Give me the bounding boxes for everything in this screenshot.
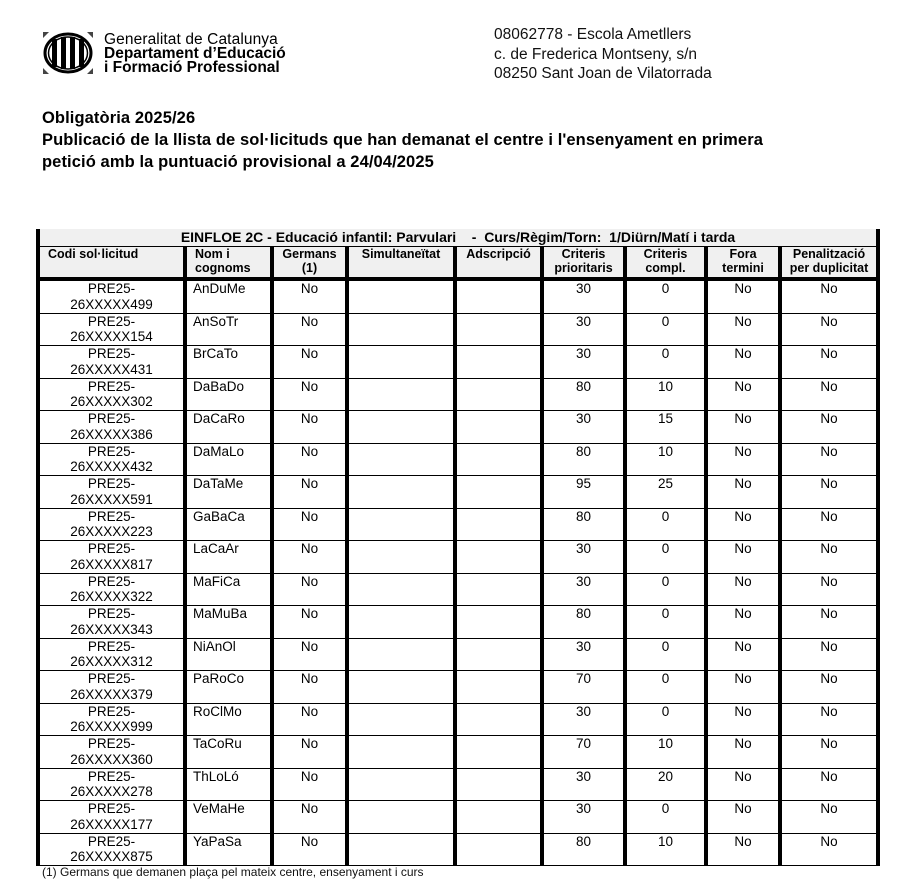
cell-codi-solicitud: PRE25-26XXXXX302 <box>38 378 185 411</box>
table-row: PRE25-26XXXXX432DaMaLoNo8010NoNo <box>38 443 878 476</box>
cell-penalitzacio: No <box>780 443 878 476</box>
cell-criteris-prioritaris: 80 <box>542 508 625 541</box>
cell-adscripcio <box>455 703 542 736</box>
table-row: PRE25-26XXXXX591DaTaMeNo9525NoNo <box>38 476 878 509</box>
cell-germans: No <box>272 736 347 769</box>
cell-criteris-compl: 0 <box>625 313 706 346</box>
code-suffix: 26XXXXX177 <box>40 817 183 833</box>
cell-codi-solicitud: PRE25-26XXXXX386 <box>38 411 185 444</box>
cell-penalitzacio: No <box>780 411 878 444</box>
cell-codi-solicitud: PRE25-26XXXXX223 <box>38 508 185 541</box>
cell-codi-solicitud: PRE25-26XXXXX322 <box>38 573 185 606</box>
school-street: c. de Frederica Montseny, s/n <box>494 45 712 65</box>
table-row: PRE25-26XXXXX379PaRoCoNo700NoNo <box>38 671 878 704</box>
code-suffix: 26XXXXX343 <box>40 622 183 638</box>
cell-penalitzacio: No <box>780 736 878 769</box>
cell-nom-cognoms: NiAnOl <box>185 638 272 671</box>
cell-penalitzacio: No <box>780 279 878 313</box>
cell-adscripcio <box>455 313 542 346</box>
code-suffix: 26XXXXX817 <box>40 557 183 573</box>
cell-fora-termini: No <box>706 703 780 736</box>
table-row: PRE25-26XXXXX223GaBaCaNo800NoNo <box>38 508 878 541</box>
cell-adscripcio <box>455 736 542 769</box>
code-prefix: PRE25- <box>40 444 183 460</box>
code-suffix: 26XXXXX875 <box>40 849 183 865</box>
column-header-codi-solicitud: Codi sol·licitud <box>38 247 185 280</box>
cell-fora-termini: No <box>706 378 780 411</box>
cell-fora-termini: No <box>706 768 780 801</box>
table-row: PRE25-26XXXXX817LaCaArNo300NoNo <box>38 541 878 574</box>
code-prefix: PRE25- <box>40 671 183 687</box>
cell-codi-solicitud: PRE25-26XXXXX999 <box>38 703 185 736</box>
column-header-line-2: per duplicitat <box>782 261 876 275</box>
cell-germans: No <box>272 443 347 476</box>
column-header-line-2: termini <box>708 261 778 275</box>
cell-germans: No <box>272 378 347 411</box>
cell-adscripcio <box>455 279 542 313</box>
cell-germans: No <box>272 476 347 509</box>
code-suffix: 26XXXXX432 <box>40 459 183 475</box>
cell-nom-cognoms: AnDuMe <box>185 279 272 313</box>
table-row: PRE25-26XXXXX154AnSoTrNo300NoNo <box>38 313 878 346</box>
table-row: PRE25-26XXXXX999RoClMoNo300NoNo <box>38 703 878 736</box>
cell-nom-cognoms: RoClMo <box>185 703 272 736</box>
cell-simultaneitat <box>347 346 455 379</box>
column-header-line-1: Nom i <box>195 247 270 261</box>
cell-adscripcio <box>455 833 542 866</box>
cell-germans: No <box>272 606 347 639</box>
column-header-line-1: Criteris <box>627 247 704 261</box>
cell-criteris-prioritaris: 30 <box>542 541 625 574</box>
organization-name: Generalitat de Catalunya Departament d’E… <box>104 33 286 75</box>
cell-criteris-compl: 0 <box>625 801 706 834</box>
cell-adscripcio <box>455 508 542 541</box>
table-row: PRE25-26XXXXX322MaFiCaNo300NoNo <box>38 573 878 606</box>
cell-simultaneitat <box>347 638 455 671</box>
cell-simultaneitat <box>347 768 455 801</box>
cell-criteris-prioritaris: 30 <box>542 801 625 834</box>
cell-nom-cognoms: DaTaMe <box>185 476 272 509</box>
cell-germans: No <box>272 313 347 346</box>
cell-criteris-prioritaris: 80 <box>542 606 625 639</box>
column-header-line-2: cognoms <box>195 261 270 275</box>
cell-penalitzacio: No <box>780 768 878 801</box>
column-header-line-1: Criteris <box>544 247 623 261</box>
cell-criteris-compl: 0 <box>625 346 706 379</box>
cell-criteris-prioritaris: 70 <box>542 736 625 769</box>
cell-adscripcio <box>455 801 542 834</box>
cell-adscripcio <box>455 378 542 411</box>
code-prefix: PRE25- <box>40 639 183 655</box>
code-prefix: PRE25- <box>40 379 183 395</box>
cell-criteris-compl: 10 <box>625 736 706 769</box>
cell-nom-cognoms: AnSoTr <box>185 313 272 346</box>
code-prefix: PRE25- <box>40 346 183 362</box>
title-year: Obligatòria 2025/26 <box>42 107 763 129</box>
cell-codi-solicitud: PRE25-26XXXXX177 <box>38 801 185 834</box>
cell-fora-termini: No <box>706 346 780 379</box>
cell-codi-solicitud: PRE25-26XXXXX154 <box>38 313 185 346</box>
cell-codi-solicitud: PRE25-26XXXXX817 <box>38 541 185 574</box>
cell-penalitzacio: No <box>780 671 878 704</box>
cell-fora-termini: No <box>706 279 780 313</box>
cell-codi-solicitud: PRE25-26XXXXX499 <box>38 279 185 313</box>
column-header-line-2: prioritaris <box>544 261 623 275</box>
cell-codi-solicitud: PRE25-26XXXXX343 <box>38 606 185 639</box>
cell-criteris-compl: 0 <box>625 573 706 606</box>
cell-criteris-prioritaris: 95 <box>542 476 625 509</box>
cell-nom-cognoms: TaCoRu <box>185 736 272 769</box>
column-header-adscripcio: Adscripció <box>455 247 542 280</box>
table-row: PRE25-26XXXXX875YaPaSaNo8010NoNo <box>38 833 878 866</box>
code-prefix: PRE25- <box>40 281 183 297</box>
cell-nom-cognoms: PaRoCo <box>185 671 272 704</box>
column-header-line-1: Fora <box>708 247 778 261</box>
generalitat-logo-icon <box>43 32 93 74</box>
code-prefix: PRE25- <box>40 769 183 785</box>
cell-criteris-prioritaris: 70 <box>542 671 625 704</box>
cell-nom-cognoms: YaPaSa <box>185 833 272 866</box>
cell-germans: No <box>272 703 347 736</box>
cell-fora-termini: No <box>706 508 780 541</box>
table-header-row: Codi sol·licitudNom icognomsGermans(1)Si… <box>38 247 878 280</box>
column-header-simultaneitat: Simultaneïtat <box>347 247 455 280</box>
cell-adscripcio <box>455 443 542 476</box>
cell-penalitzacio: No <box>780 638 878 671</box>
cell-fora-termini: No <box>706 671 780 704</box>
cell-adscripcio <box>455 541 542 574</box>
cell-criteris-prioritaris: 80 <box>542 443 625 476</box>
code-suffix: 26XXXXX322 <box>40 589 183 605</box>
cell-criteris-prioritaris: 30 <box>542 768 625 801</box>
cell-fora-termini: No <box>706 606 780 639</box>
cell-penalitzacio: No <box>780 508 878 541</box>
code-suffix: 26XXXXX302 <box>40 394 183 410</box>
cell-germans: No <box>272 833 347 866</box>
cell-penalitzacio: No <box>780 801 878 834</box>
cell-fora-termini: No <box>706 476 780 509</box>
table-row: PRE25-26XXXXX278ThLoLóNo3020NoNo <box>38 768 878 801</box>
cell-nom-cognoms: VeMaHe <box>185 801 272 834</box>
cell-germans: No <box>272 638 347 671</box>
title-description-1: Publicació de la llista de sol·licituds … <box>42 129 763 151</box>
cell-simultaneitat <box>347 443 455 476</box>
cell-simultaneitat <box>347 573 455 606</box>
cell-criteris-prioritaris: 30 <box>542 346 625 379</box>
cell-penalitzacio: No <box>780 573 878 606</box>
code-suffix: 26XXXXX386 <box>40 427 183 443</box>
cell-criteris-prioritaris: 80 <box>542 378 625 411</box>
code-suffix: 26XXXXX431 <box>40 362 183 378</box>
cell-codi-solicitud: PRE25-26XXXXX312 <box>38 638 185 671</box>
code-suffix: 26XXXXX999 <box>40 719 183 735</box>
column-header-line-2: (1) <box>274 261 345 275</box>
cell-fora-termini: No <box>706 638 780 671</box>
cell-adscripcio <box>455 606 542 639</box>
cell-criteris-prioritaris: 30 <box>542 279 625 313</box>
cell-germans: No <box>272 671 347 704</box>
cell-codi-solicitud: PRE25-26XXXXX278 <box>38 768 185 801</box>
cell-codi-solicitud: PRE25-26XXXXX591 <box>38 476 185 509</box>
cell-adscripcio <box>455 768 542 801</box>
code-prefix: PRE25- <box>40 801 183 817</box>
code-suffix: 26XXXXX591 <box>40 492 183 508</box>
cell-criteris-compl: 20 <box>625 768 706 801</box>
cell-adscripcio <box>455 476 542 509</box>
table-row: PRE25-26XXXXX312NiAnOlNo300NoNo <box>38 638 878 671</box>
column-header-fora-termini: Foratermini <box>706 247 780 280</box>
column-header-line-1: Penalització <box>782 247 876 261</box>
cell-adscripcio <box>455 638 542 671</box>
cell-criteris-compl: 10 <box>625 833 706 866</box>
cell-penalitzacio: No <box>780 833 878 866</box>
code-prefix: PRE25- <box>40 509 183 525</box>
code-prefix: PRE25- <box>40 476 183 492</box>
cell-nom-cognoms: DaCaRo <box>185 411 272 444</box>
cell-penalitzacio: No <box>780 378 878 411</box>
applications-table: EINFLOE 2C - Educació infantil: Parvular… <box>36 229 880 866</box>
cell-fora-termini: No <box>706 411 780 444</box>
cell-simultaneitat <box>347 313 455 346</box>
cell-criteris-compl: 0 <box>625 638 706 671</box>
cell-codi-solicitud: PRE25-26XXXXX360 <box>38 736 185 769</box>
cell-criteris-prioritaris: 80 <box>542 833 625 866</box>
cell-codi-solicitud: PRE25-26XXXXX379 <box>38 671 185 704</box>
cell-germans: No <box>272 346 347 379</box>
cell-adscripcio <box>455 573 542 606</box>
cell-criteris-prioritaris: 30 <box>542 703 625 736</box>
cell-fora-termini: No <box>706 833 780 866</box>
column-header-line-1: Simultaneïtat <box>349 247 453 261</box>
cell-germans: No <box>272 573 347 606</box>
table-row: PRE25-26XXXXX343MaMuBaNo800NoNo <box>38 606 878 639</box>
cell-simultaneitat <box>347 801 455 834</box>
table-row: PRE25-26XXXXX499AnDuMeNo300NoNo <box>38 279 878 313</box>
cell-criteris-compl: 0 <box>625 671 706 704</box>
cell-germans: No <box>272 541 347 574</box>
cell-nom-cognoms: BrCaTo <box>185 346 272 379</box>
table-row: PRE25-26XXXXX360TaCoRuNo7010NoNo <box>38 736 878 769</box>
code-suffix: 26XXXXX278 <box>40 784 183 800</box>
school-name: 08062778 - Escola Ametllers <box>494 25 712 45</box>
column-header-nom-cognoms: Nom icognoms <box>185 247 272 280</box>
column-header-line-1: Germans <box>274 247 345 261</box>
table-row: PRE25-26XXXXX177VeMaHeNo300NoNo <box>38 801 878 834</box>
cell-simultaneitat <box>347 736 455 769</box>
column-header-criteris-compl: Criteriscompl. <box>625 247 706 280</box>
column-header-line-1: Codi sol·licitud <box>48 247 183 261</box>
cell-germans: No <box>272 801 347 834</box>
cell-criteris-compl: 0 <box>625 703 706 736</box>
cell-germans: No <box>272 508 347 541</box>
cell-criteris-compl: 0 <box>625 279 706 313</box>
cell-criteris-prioritaris: 30 <box>542 573 625 606</box>
document-title: Obligatòria 2025/26 Publicació de la lli… <box>42 107 763 173</box>
title-description-2: petició amb la puntuació provisional a 2… <box>42 151 763 173</box>
column-header-line-2: compl. <box>627 261 704 275</box>
cell-germans: No <box>272 279 347 313</box>
cell-criteris-compl: 15 <box>625 411 706 444</box>
cell-fora-termini: No <box>706 573 780 606</box>
code-prefix: PRE25- <box>40 606 183 622</box>
cell-simultaneitat <box>347 508 455 541</box>
cell-simultaneitat <box>347 606 455 639</box>
school-address: 08062778 - Escola Ametllers c. de Freder… <box>494 25 712 84</box>
column-header-line-1: Adscripció <box>457 247 540 261</box>
cell-criteris-compl: 10 <box>625 443 706 476</box>
cell-penalitzacio: No <box>780 541 878 574</box>
column-header-penalitzacio: Penalitzacióper duplicitat <box>780 247 878 280</box>
cell-simultaneitat <box>347 411 455 444</box>
cell-penalitzacio: No <box>780 346 878 379</box>
column-header-criteris-prioritaris: Criterisprioritaris <box>542 247 625 280</box>
cell-adscripcio <box>455 411 542 444</box>
cell-nom-cognoms: DaMaLo <box>185 443 272 476</box>
code-suffix: 26XXXXX223 <box>40 524 183 540</box>
cell-simultaneitat <box>347 833 455 866</box>
cell-nom-cognoms: MaMuBa <box>185 606 272 639</box>
cell-fora-termini: No <box>706 443 780 476</box>
code-suffix: 26XXXXX360 <box>40 752 183 768</box>
cell-criteris-compl: 0 <box>625 606 706 639</box>
cell-criteris-compl: 25 <box>625 476 706 509</box>
cell-penalitzacio: No <box>780 703 878 736</box>
code-prefix: PRE25- <box>40 541 183 557</box>
cell-penalitzacio: No <box>780 313 878 346</box>
code-prefix: PRE25- <box>40 314 183 330</box>
cell-fora-termini: No <box>706 313 780 346</box>
cell-codi-solicitud: PRE25-26XXXXX875 <box>38 833 185 866</box>
cell-nom-cognoms: ThLoLó <box>185 768 272 801</box>
code-prefix: PRE25- <box>40 574 183 590</box>
cell-adscripcio <box>455 671 542 704</box>
table-row: PRE25-26XXXXX386DaCaRoNo3015NoNo <box>38 411 878 444</box>
code-suffix: 26XXXXX312 <box>40 654 183 670</box>
cell-simultaneitat <box>347 541 455 574</box>
cell-simultaneitat <box>347 279 455 313</box>
cell-simultaneitat <box>347 703 455 736</box>
code-prefix: PRE25- <box>40 411 183 427</box>
cell-simultaneitat <box>347 476 455 509</box>
cell-criteris-compl: 10 <box>625 378 706 411</box>
table-group-title: EINFLOE 2C - Educació infantil: Parvular… <box>38 229 878 247</box>
cell-criteris-compl: 0 <box>625 508 706 541</box>
cell-germans: No <box>272 411 347 444</box>
code-suffix: 26XXXXX154 <box>40 329 183 345</box>
column-header-germans: Germans(1) <box>272 247 347 280</box>
cell-penalitzacio: No <box>780 606 878 639</box>
code-prefix: PRE25- <box>40 736 183 752</box>
cell-criteris-prioritaris: 30 <box>542 638 625 671</box>
cell-fora-termini: No <box>706 541 780 574</box>
cell-criteris-prioritaris: 30 <box>542 411 625 444</box>
cell-germans: No <box>272 768 347 801</box>
table-row: PRE25-26XXXXX302DaBaDoNo8010NoNo <box>38 378 878 411</box>
code-suffix: 26XXXXX499 <box>40 297 183 313</box>
school-city: 08250 Sant Joan de Vilatorrada <box>494 64 712 84</box>
cell-adscripcio <box>455 346 542 379</box>
code-suffix: 26XXXXX379 <box>40 687 183 703</box>
cell-penalitzacio: No <box>780 476 878 509</box>
cell-fora-termini: No <box>706 736 780 769</box>
footnote: (1) Germans que demanen plaça pel mateix… <box>42 865 424 879</box>
table-row: PRE25-26XXXXX431BrCaToNo300NoNo <box>38 346 878 379</box>
cell-criteris-prioritaris: 30 <box>542 313 625 346</box>
cell-simultaneitat <box>347 671 455 704</box>
table-body: PRE25-26XXXXX499AnDuMeNo300NoNoPRE25-26X… <box>38 279 878 866</box>
code-prefix: PRE25- <box>40 834 183 850</box>
cell-nom-cognoms: MaFiCa <box>185 573 272 606</box>
cell-codi-solicitud: PRE25-26XXXXX431 <box>38 346 185 379</box>
cell-fora-termini: No <box>706 801 780 834</box>
code-prefix: PRE25- <box>40 704 183 720</box>
cell-nom-cognoms: LaCaAr <box>185 541 272 574</box>
cell-criteris-compl: 0 <box>625 541 706 574</box>
org-line-3: i Formació Professional <box>104 61 286 75</box>
cell-simultaneitat <box>347 378 455 411</box>
cell-codi-solicitud: PRE25-26XXXXX432 <box>38 443 185 476</box>
cell-nom-cognoms: GaBaCa <box>185 508 272 541</box>
cell-nom-cognoms: DaBaDo <box>185 378 272 411</box>
